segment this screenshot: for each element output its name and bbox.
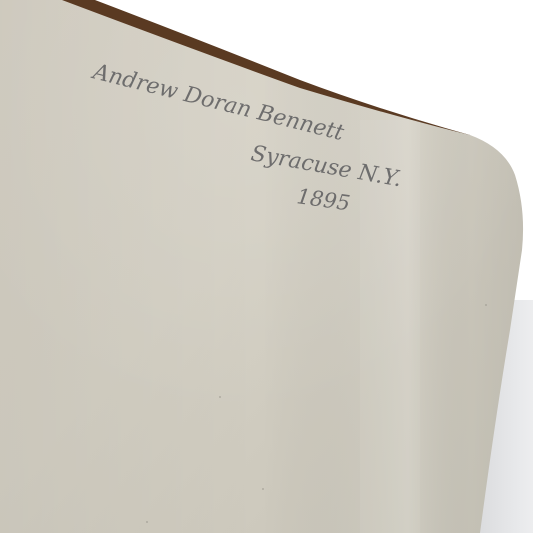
inscription-year: 1895	[295, 184, 351, 215]
photo-scene: Andrew Doran Bennett Syracuse N.Y. 1895	[0, 0, 533, 533]
paper-speck	[219, 396, 221, 398]
paper-speck	[262, 488, 264, 490]
paper-speck	[485, 304, 487, 306]
pencil-inscription: Andrew Doran Bennett Syracuse N.Y. 1895	[0, 0, 533, 533]
inscription-name: Andrew Doran Bennett	[89, 59, 347, 146]
inscription-place: Syracuse N.Y.	[249, 141, 403, 192]
paper-speck	[146, 521, 148, 523]
